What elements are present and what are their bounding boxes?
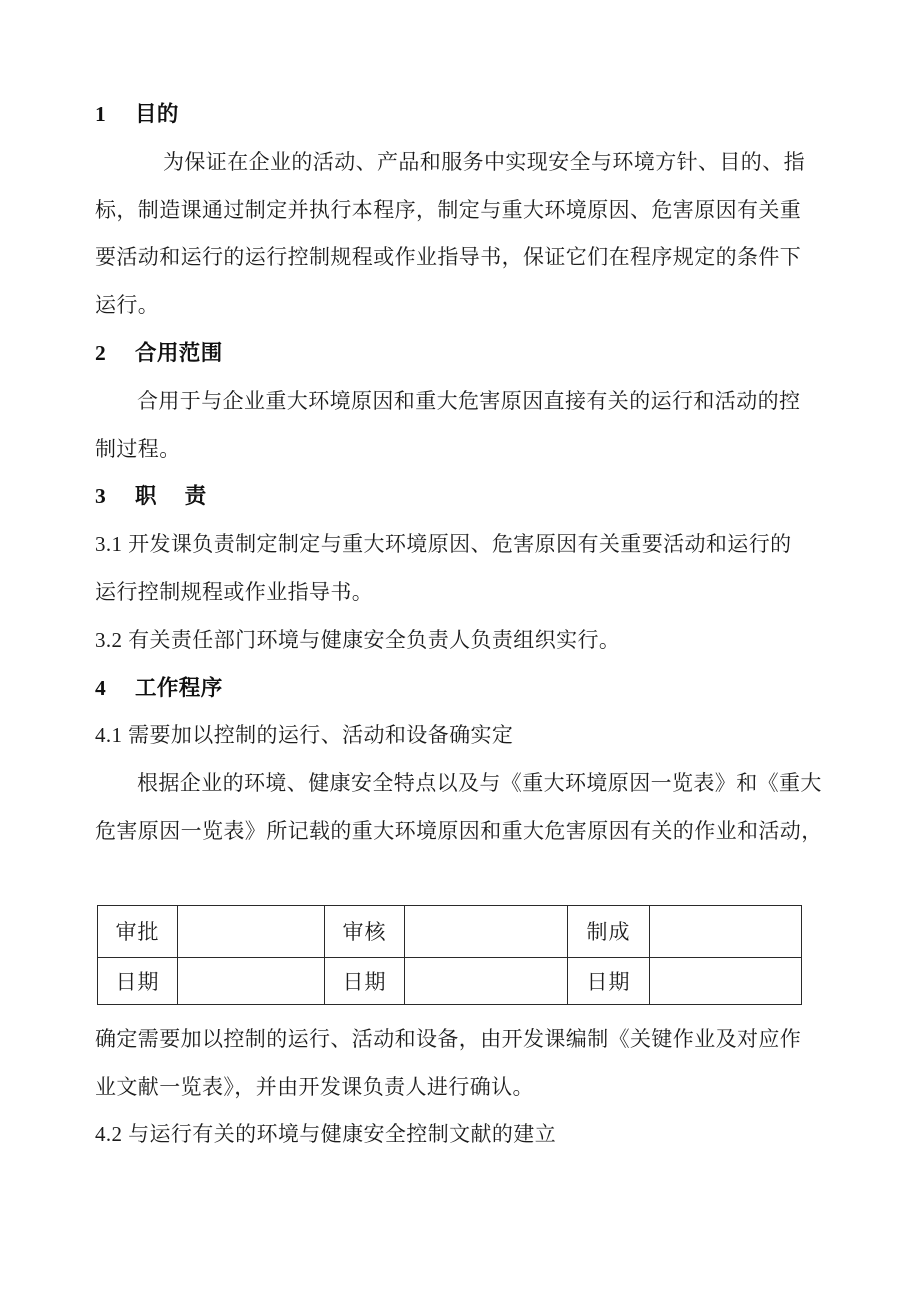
table-cell-date-value (650, 957, 802, 1004)
table-cell-date-label: 日期 (568, 957, 650, 1004)
table-cell-date-value (178, 957, 325, 1004)
clause-3-1-line: 运行控制规程或作业指导书。 (95, 569, 825, 617)
approval-table: 审批 审核 制成 日期 日期 日期 (97, 905, 802, 1005)
section-number: 2 (95, 330, 135, 378)
clause-4-1-line: 4.1 需要加以控制的运行、活动和设备确实定 (95, 712, 825, 760)
paragraph-line: 制过程。 (95, 426, 825, 474)
clause-4-2-line: 4.2 与运行有关的环境与健康安全控制文献的建立 (95, 1111, 825, 1159)
table-cell-date-label: 日期 (325, 957, 405, 1004)
table-cell-approve-value (178, 905, 325, 957)
paragraph-line: 业文献一览表》，并由开发课负责人进行确认。 (95, 1064, 825, 1112)
table-cell-prepare-label: 制成 (568, 905, 650, 957)
clause-3-1-line: 3.1 开发课负责制定制定与重大环境原因、危害原因有关重要活动和运行的 (95, 521, 825, 569)
table-cell-review-value (405, 905, 568, 957)
paragraph-line: 运行。 (95, 282, 825, 330)
table-cell-date-value (405, 957, 568, 1004)
paragraph-line: 为保证在企业的活动、产品和服务中实现安全与环境方针、目的、指 (95, 139, 825, 187)
section-heading-4: 4工作程序 (95, 665, 825, 713)
document-page: 1目的 为保证在企业的活动、产品和服务中实现安全与环境方针、目的、指 标，制造课… (0, 0, 920, 1302)
section-number: 4 (95, 665, 135, 713)
document-content: 1目的 为保证在企业的活动、产品和服务中实现安全与环境方针、目的、指 标，制造课… (0, 0, 920, 1159)
section-title: 合用范围 (135, 341, 223, 365)
paragraph-line: 标，制造课通过制定并执行本程序，制定与重大环境原因、危害原因有关重 (95, 187, 825, 235)
paragraph-line: 合用于与企业重大环境原因和重大危害原因直接有关的运行和活动的控 (95, 378, 825, 426)
table-cell-review-label: 审核 (325, 905, 405, 957)
section-heading-1: 1目的 (95, 91, 825, 139)
table-cell-prepare-value (650, 905, 802, 957)
table-cell-date-label: 日期 (98, 957, 178, 1004)
section-number: 1 (95, 91, 135, 139)
table-cell-approve-label: 审批 (98, 905, 178, 957)
section-heading-2: 2合用范围 (95, 330, 825, 378)
paragraph-line: 危害原因一览表》所记载的重大环境原因和重大危害原因有关的作业和活动， (95, 808, 825, 856)
section-heading-3: 3职 责 (95, 473, 825, 521)
paragraph-line: 要活动和运行的运行控制规程或作业指导书，保证它们在程序规定的条件下 (95, 234, 825, 282)
table-row: 日期 日期 日期 (98, 957, 802, 1004)
clause-3-2-line: 3.2 有关责任部门环境与健康安全负责人负责组织实行。 (95, 617, 825, 665)
section-number: 3 (95, 473, 135, 521)
table-row: 审批 审核 制成 (98, 905, 802, 957)
section-title: 职 责 (135, 484, 206, 508)
paragraph-line: 根据企业的环境、健康安全特点以及与《重大环境原因一览表》和《重大 (95, 760, 825, 808)
paragraph-line: 确定需要加以控制的运行、活动和设备，由开发课编制《关键作业及对应作 (95, 1016, 825, 1064)
section-title: 工作程序 (135, 676, 223, 700)
section-title: 目的 (135, 102, 179, 126)
